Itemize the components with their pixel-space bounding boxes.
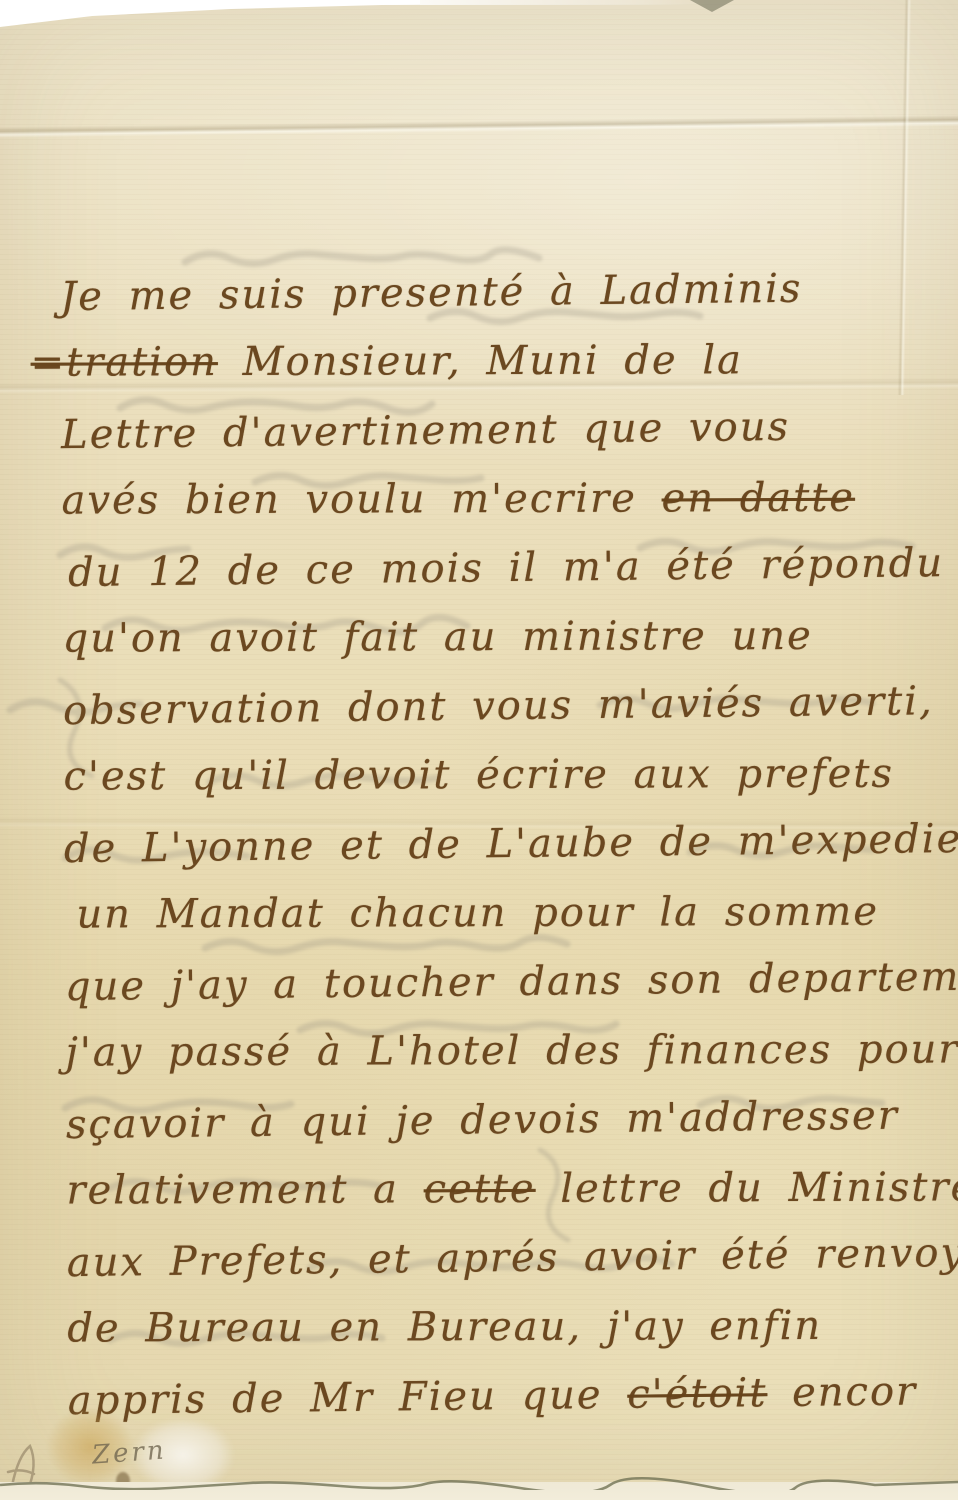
ink-text: j'ay passé à L'hotel des finances pour xyxy=(65,1026,958,1075)
letter-line: qu'on avoit fait au ministre une xyxy=(62,601,958,673)
letter-line: de Bureau en Bureau, j'ay enfin xyxy=(67,1291,958,1363)
letter-line: observation dont vous m'aviés averti, xyxy=(63,667,958,746)
ink-text: aux Prefets, et aprés avoir été renvoyé xyxy=(67,1230,958,1286)
torn-edge-line xyxy=(0,1476,958,1490)
struck-text: en datte xyxy=(662,475,856,522)
struck-text: =tration xyxy=(31,339,218,386)
letter-line: aux Prefets, et aprés avoir été renvoyé xyxy=(67,1219,958,1298)
paper-edge-notch xyxy=(690,0,734,12)
ink-text: Lettre d'avertinement que vous xyxy=(61,404,790,458)
ink-text: de Bureau en Bureau, j'ay enfin xyxy=(67,1303,822,1352)
ink-text: observation dont vous m'aviés averti, xyxy=(63,678,934,734)
ink-text: du 12 de ce mois il m'a été répondu xyxy=(68,540,945,596)
letter-line: relativement a cette lettre du Ministre xyxy=(66,1153,958,1225)
scanned-letter-page: Je me suis presenté à Ladminis=tration M… xyxy=(0,0,958,1500)
struck-text: cette xyxy=(424,1166,536,1212)
ink-text: de L'yonne et de L'aube de m'expedier xyxy=(64,816,958,872)
ink-text: encor xyxy=(767,1368,917,1416)
letter-line: que j'ay a toucher dans son departement xyxy=(65,943,958,1022)
letter-line: j'ay passé à L'hotel des finances pour xyxy=(65,1015,958,1087)
letter-line: avés bien voulu m'ecrire en datte xyxy=(61,463,958,535)
letter-line: du 12 de ce mois il m'a été répondu xyxy=(68,529,958,608)
ink-text: lettre du Ministre xyxy=(536,1164,958,1212)
letter-line: Je me suis presenté à Ladminis xyxy=(60,253,958,332)
letter-line: c'est qu'il devoit écrire aux prefets xyxy=(63,739,958,811)
scanner-background-top-sliver xyxy=(380,0,710,5)
letter-line: Lettre d'avertinement que vous xyxy=(61,391,958,470)
letter-line: =tration Monsieur, Muni de la xyxy=(31,325,958,397)
letter-paper: Je me suis presenté à Ladminis=tration M… xyxy=(0,0,958,1500)
ink-text: un Mandat chacun pour la somme xyxy=(76,889,879,938)
ink-text: Je me suis presenté à Ladminis xyxy=(60,266,803,320)
pencil-note: Zern xyxy=(91,1435,168,1470)
ink-text: relativement a xyxy=(66,1166,423,1213)
ink-text: Monsieur, Muni de la xyxy=(218,337,743,385)
torn-bottom-edge xyxy=(0,1482,958,1500)
ink-text: c'est qu'il devoit écrire aux prefets xyxy=(63,751,894,800)
ink-text: avés bien voulu m'ecrire xyxy=(62,475,662,523)
ink-text: que j'ay a toucher dans son departement xyxy=(65,953,958,1010)
letter-line: sçavoir à qui je devois m'addresser xyxy=(66,1081,958,1160)
letter-body: Je me suis presenté à Ladminis=tration M… xyxy=(60,255,958,1434)
ink-text: qu'on avoit fait au ministre une xyxy=(62,613,812,662)
struck-text: c'étoit xyxy=(627,1370,768,1418)
ink-text: sçavoir à qui je devois m'addresser xyxy=(66,1093,899,1148)
letter-line: un Mandat chacun pour la somme xyxy=(76,877,958,949)
letter-line: de L'yonne et de L'aube de m'expedier xyxy=(64,805,958,884)
